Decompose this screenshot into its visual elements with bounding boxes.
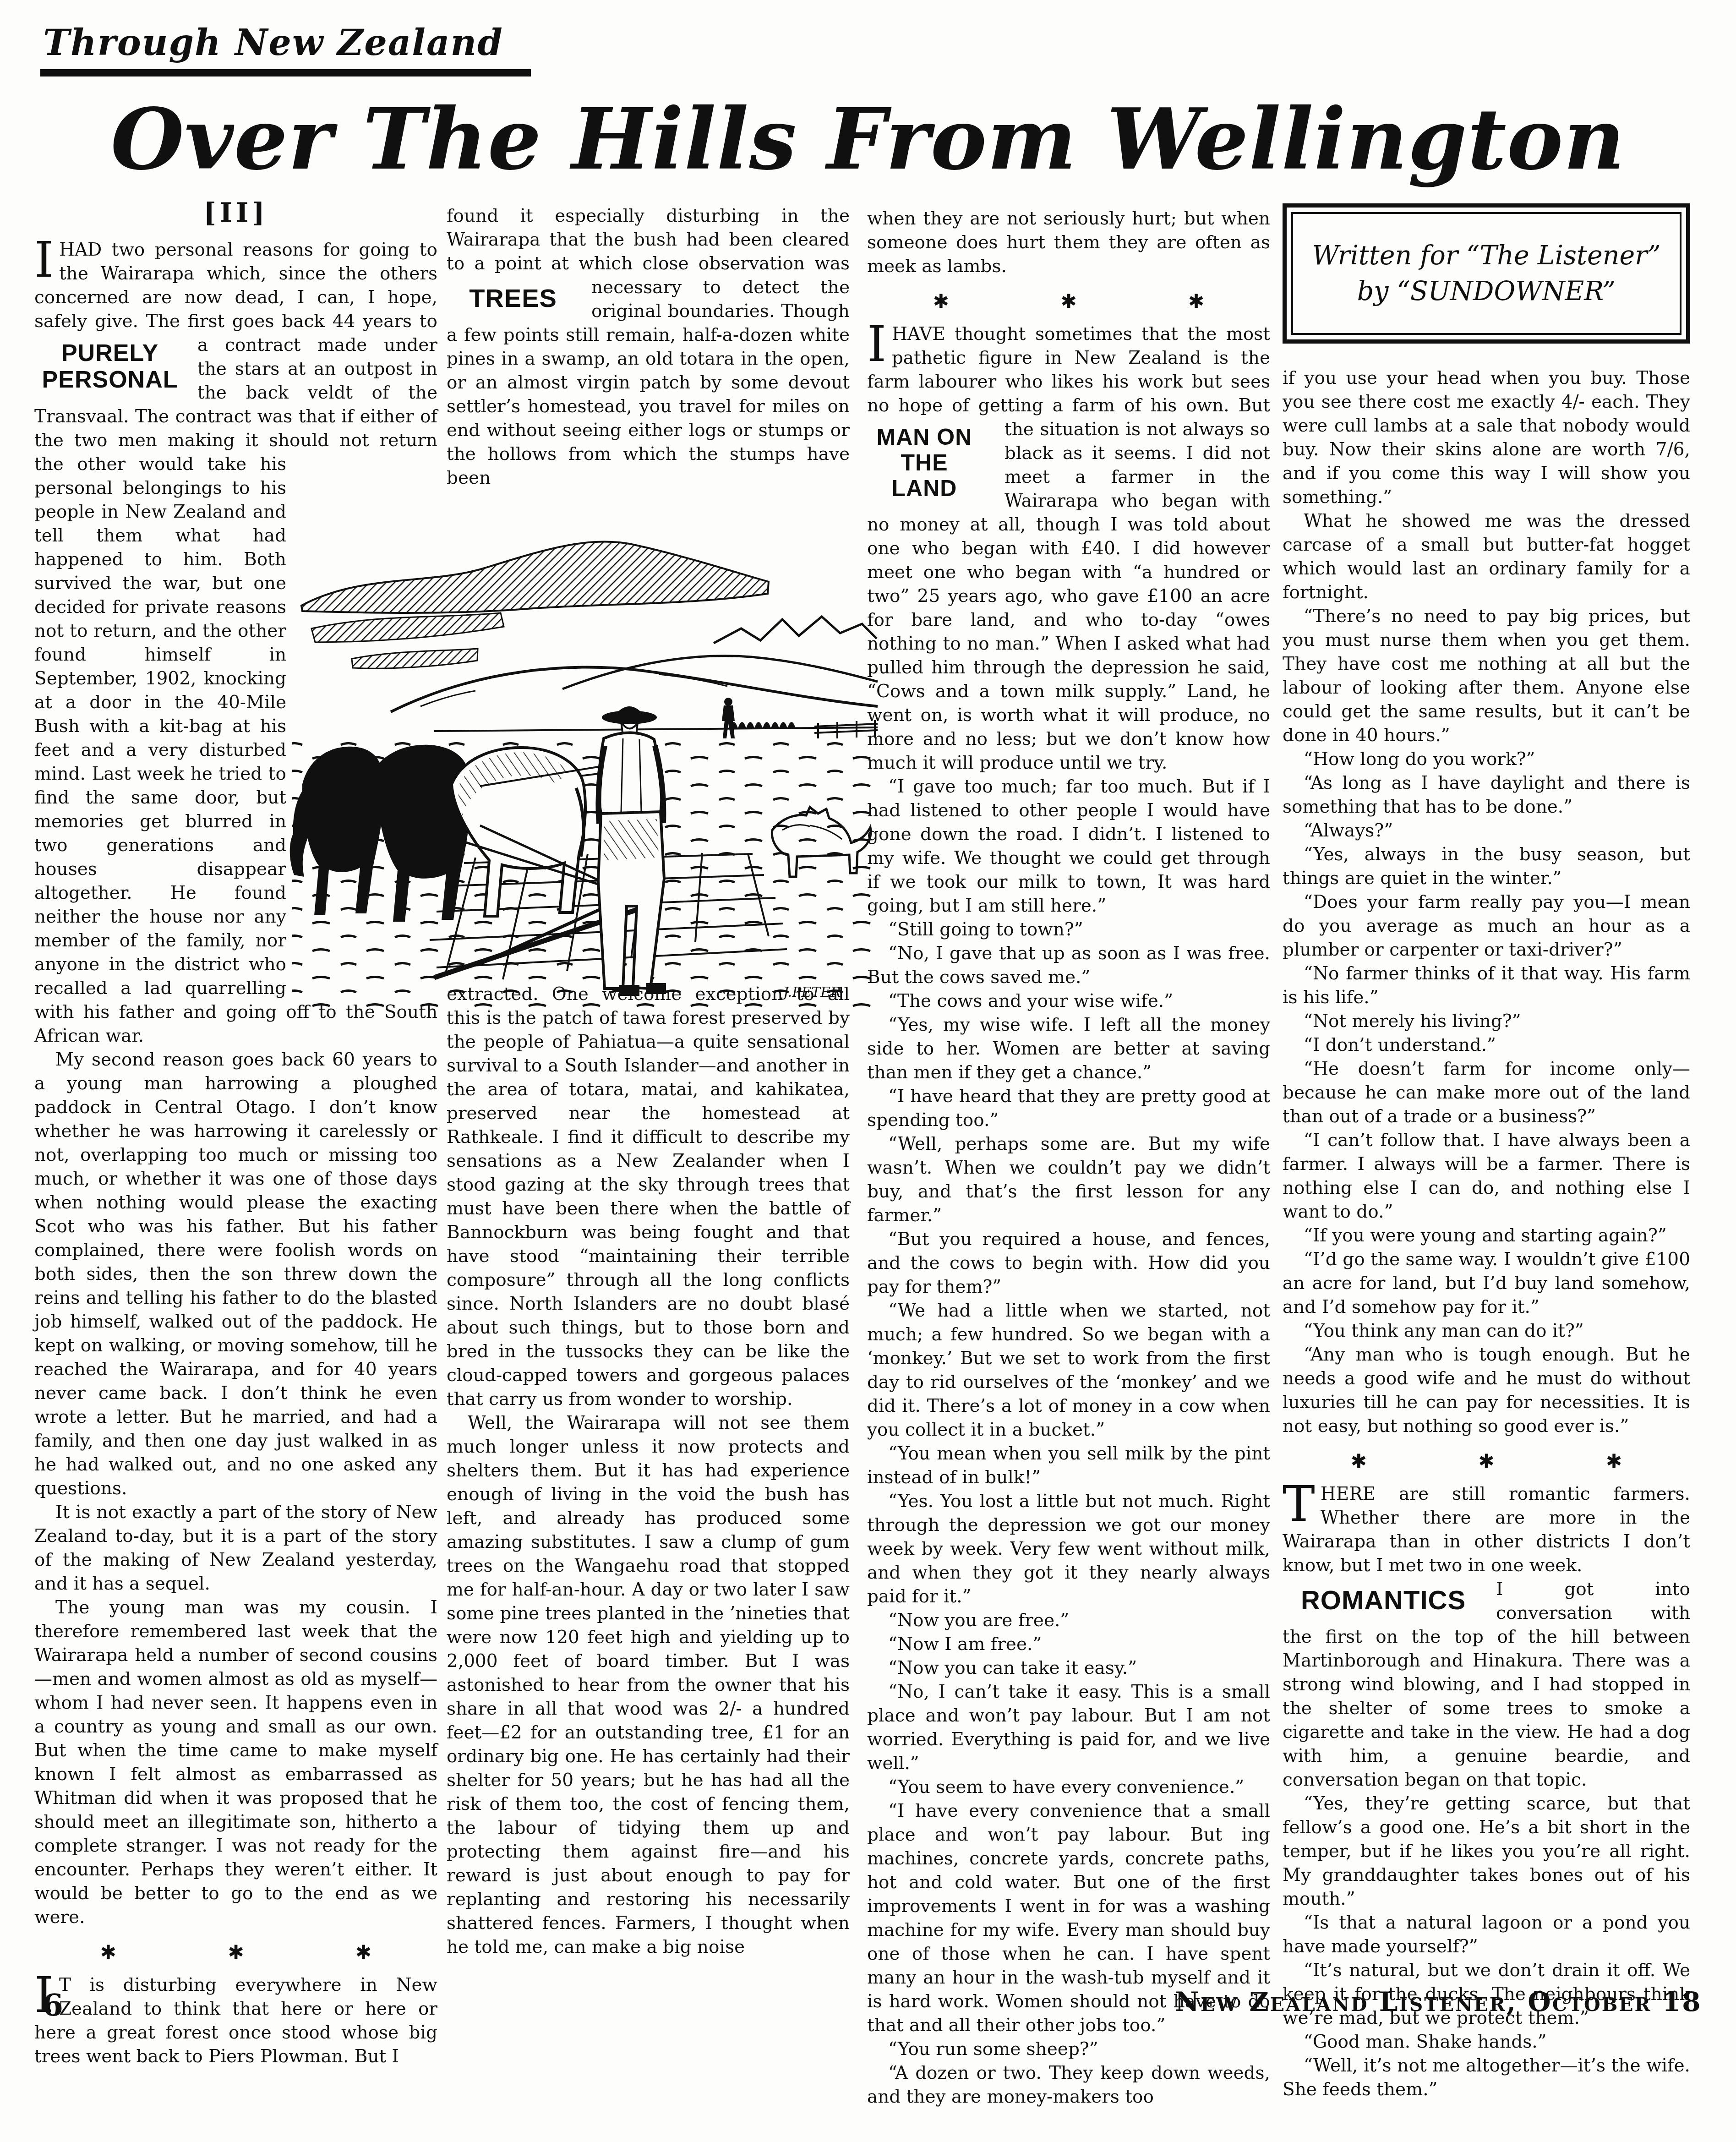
paragraph-text: HERE are still romantic farmers. Whether…	[1283, 1484, 1690, 1576]
dialogue-line: “Any man who is tough enough. But he nee…	[1283, 1343, 1690, 1438]
column-4: Written for “The Listener” by “SUNDOWNER…	[1283, 202, 1690, 2102]
drop-cap: T	[1283, 1482, 1321, 1524]
paragraph: What he showed me was the dressed carcas…	[1283, 509, 1690, 605]
paragraph: Well, the Wairarapa will not see them mu…	[447, 1411, 850, 1959]
dialogue-line: “I gave too much; far too much. But if I…	[867, 775, 1270, 918]
magazine-page: Through New Zealand Over The Hills From …	[0, 0, 1736, 2142]
dark-ridge	[301, 541, 769, 613]
sidehead-purely-personal: PURELY PERSONAL	[34, 337, 186, 393]
dialogue-line: “Still going to town?”	[867, 918, 1270, 942]
paragraph: ROMANTICS I got into conversation with t…	[1283, 1578, 1690, 1792]
shelter-belt	[730, 722, 796, 728]
paragraph: when they are not seriously hurt; but wh…	[867, 207, 1270, 279]
page-number: 6	[42, 1987, 63, 2023]
column-1: [II] I HAD two personal reasons for goin…	[34, 201, 437, 2069]
hill-shading	[420, 674, 727, 706]
dialogue-line: “You mean when you sell milk by the pint…	[867, 1442, 1270, 1490]
paragraph: if you use your head when you buy. Those…	[1283, 366, 1690, 509]
dialogue-line: “He doesn’t farm for income only—because…	[1283, 1057, 1690, 1129]
dialogue-line: “I don’t understand.”	[1283, 1033, 1690, 1057]
dialogue-line: “Well, it’s not me altogether—it’s the w…	[1283, 2054, 1690, 2102]
sidehead-trees: TREES	[447, 279, 579, 313]
dialogue-line: “You think any man can do it?”	[1283, 1319, 1690, 1343]
paragraph: The young man was my cousin. I therefore…	[34, 1596, 437, 1929]
dialogue-line: “Does your farm really pay you—I mean do…	[1283, 891, 1690, 962]
dialogue-line: “I have heard that they are pretty good …	[867, 1085, 1270, 1132]
paragraph-text: T is disturbing everywhere in New Zealan…	[34, 1975, 437, 2067]
dialogue-line: “Now you can take it easy.”	[867, 1656, 1270, 1680]
horizon-line	[434, 727, 878, 731]
paragraph: T HERE are still romantic farmers. Wheth…	[1283, 1482, 1690, 1578]
dialogue-line: “Yes. You lost a little but not much. Ri…	[867, 1490, 1270, 1609]
paragraph: I T is disturbing everywhere in New Zeal…	[34, 1973, 437, 2069]
dialogue-line: “Yes, always in the busy season, but thi…	[1283, 843, 1690, 891]
hatch-band	[311, 613, 504, 642]
dialogue-line: “But you required a house, and fences, a…	[867, 1228, 1270, 1299]
paragraph-text: original boundaries. Though a few points…	[447, 301, 850, 488]
section-separator: ✱ ✱ ✱	[1283, 1449, 1690, 1473]
farmer-boot-right	[646, 983, 666, 994]
dialogue-line: “Is that a natural lagoon or a pond you …	[1283, 1911, 1690, 1959]
footer-magazine-title: New Zealand Listener, October 18	[1175, 1986, 1702, 2017]
dialogue-line: “We had a little when we started, not mu…	[867, 1299, 1270, 1442]
column-3: when they are not seriously hurt; but wh…	[867, 207, 1270, 2109]
section-kicker: Through New Zealand	[40, 22, 531, 76]
dialogue-line: “Yes, my wise wife. I left all the money…	[867, 1013, 1270, 1085]
paragraph: I HAVE thought sometimes that the most p…	[867, 322, 1270, 775]
byline-line1: Written for “The Listener”	[1300, 238, 1672, 273]
dialogue-line: “A dozen or two. They keep down weeds, a…	[867, 2061, 1270, 2109]
dialogue-line: “As long as I have daylight and there is…	[1283, 771, 1690, 819]
column-2: found it especially disturbing in the Wa…	[447, 204, 850, 1959]
rolling-hill	[391, 667, 878, 712]
drop-cap: I	[867, 322, 892, 364]
dialogue-line: “Good man. Shake hands.”	[1283, 2030, 1690, 2054]
farmer-boot-left	[619, 985, 639, 996]
far-peaks	[714, 617, 877, 643]
dialogue-line: “You seem to have every convenience.”	[867, 1776, 1270, 1799]
dialogue-line: “You run some sheep?”	[867, 2038, 1270, 2061]
dialogue-line: “Always?”	[1283, 819, 1690, 843]
dialogue-line: “Well, perhaps some are. But my wife was…	[867, 1132, 1270, 1228]
hatch-band-2	[352, 649, 478, 668]
paragraph: It is not exactly a part of the story of…	[34, 1501, 437, 1596]
dialogue-line: “Now I am free.”	[867, 1633, 1270, 1656]
dialogue-line: “The cows and your wise wife.”	[867, 989, 1270, 1013]
dialogue-line: “No, I gave that up as soon as I was fre…	[867, 942, 1270, 989]
byline-box-inner: Written for “The Listener” by “SUNDOWNER…	[1291, 212, 1681, 335]
section-separator: ✱ ✱ ✱	[34, 1940, 437, 1964]
sidehead-romantics: ROMANTICS	[1283, 1581, 1484, 1616]
dialogue-line: “I’d go the same way. I wouldn’t give £1…	[1283, 1248, 1690, 1319]
paragraph: My second reason goes back 60 years to a…	[34, 1048, 437, 1501]
dialogue-line: “Yes, they’re getting scarce, but that f…	[1283, 1792, 1690, 1911]
dialogue-line: “Now you are free.”	[867, 1609, 1270, 1633]
dialogue-line: “If you were young and starting again?”	[1283, 1224, 1690, 1248]
harrowing-illustration: J.PETER	[283, 491, 879, 1017]
sidehead-man-on-the-land: MAN ON THE LAND	[867, 421, 982, 501]
byline-line2: by “SUNDOWNER”	[1300, 273, 1672, 309]
farmer-trouser-shading	[604, 819, 659, 860]
dialogue-line: “How long do you work?”	[1283, 748, 1690, 771]
dialogue-line: “There’s no need to pay big prices, but …	[1283, 605, 1690, 748]
drop-cap: I	[34, 238, 59, 279]
distant-figure	[722, 698, 735, 738]
fence	[814, 720, 878, 738]
paragraph: found it especially disturbing in the Wa…	[447, 204, 850, 490]
paragraph: extracted. One welcome exception to all …	[447, 983, 850, 1411]
part-label: [II]	[34, 201, 437, 224]
dialogue-line: “No farmer thinks of it that way. His fa…	[1283, 962, 1690, 1010]
dialogue-line: “Not merely his living?”	[1283, 1010, 1690, 1033]
dialogue-line: “I can’t follow that. I have always been…	[1283, 1129, 1690, 1224]
byline-box: Written for “The Listener” by “SUNDOWNER…	[1283, 203, 1690, 344]
artist-signature: J.PETER	[781, 984, 841, 1000]
farmer-shirt	[599, 732, 662, 814]
article-headline: Over The Hills From Wellington	[14, 90, 1722, 189]
section-separator: ✱ ✱ ✱	[867, 290, 1270, 313]
dialogue-line: “No, I can’t take it easy. This is a sma…	[867, 1680, 1270, 1776]
